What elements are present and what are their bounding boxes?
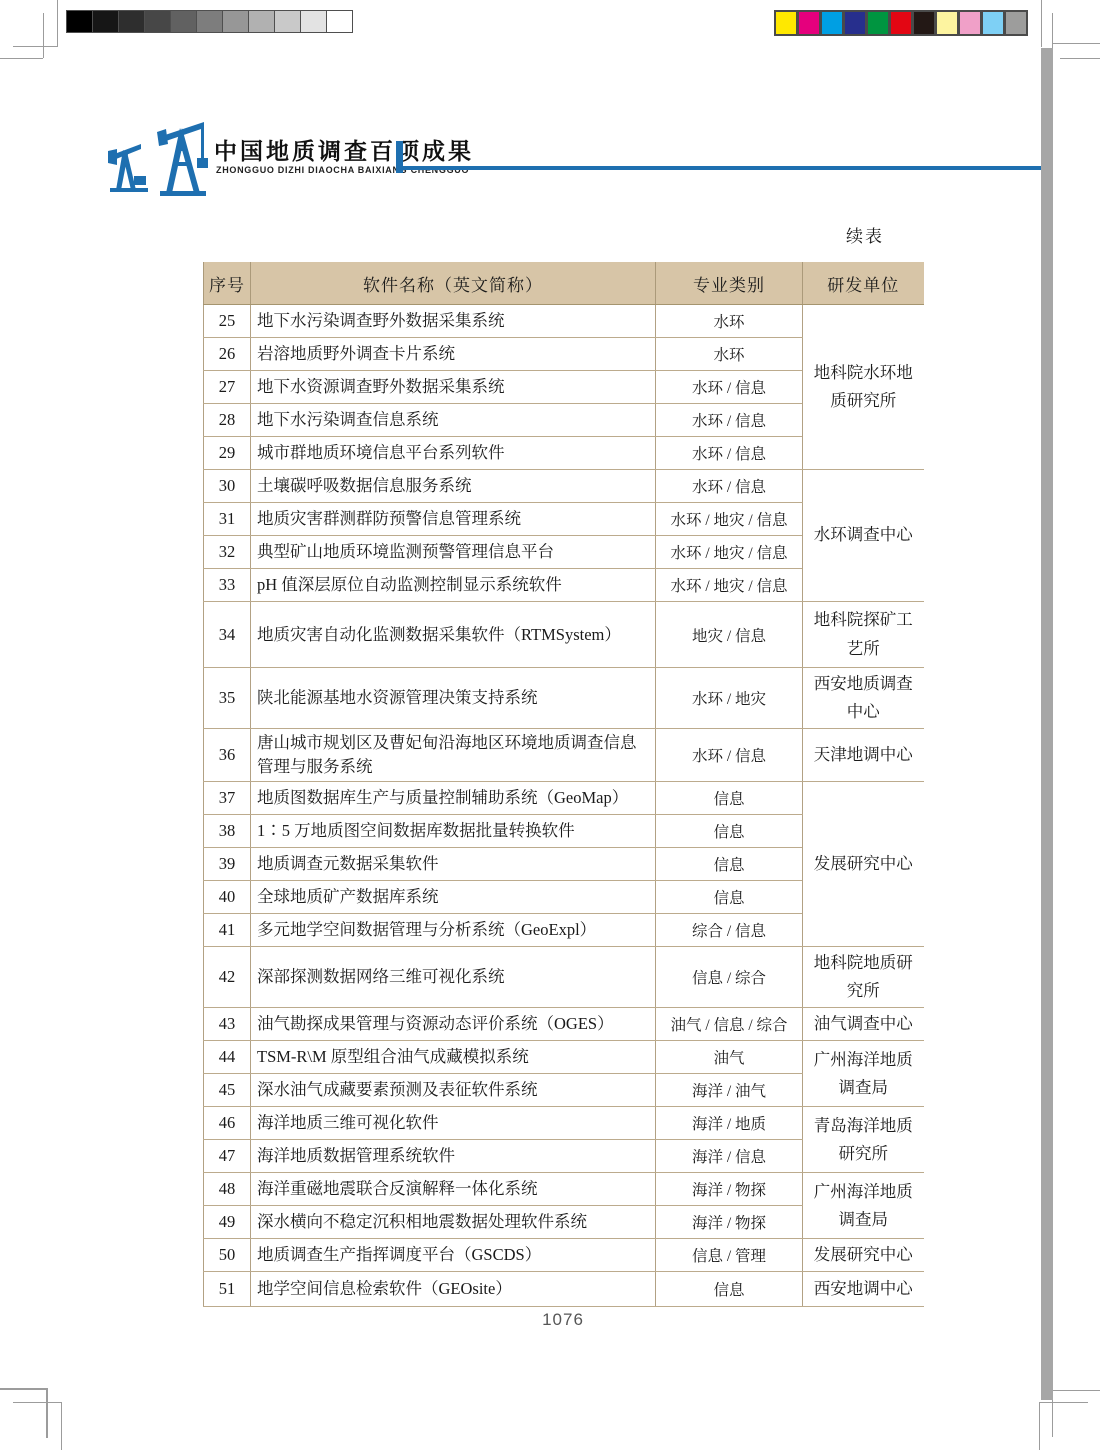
column-header-software-name: 软件名称（英文简称） <box>251 262 656 305</box>
book-title: 中国地质调查百项成果 <box>214 133 474 166</box>
unit-cell: 广州海洋地质调查局 <box>803 1173 924 1239</box>
unit-cell: 广州海洋地质调查局 <box>803 1041 924 1107</box>
crop-mark <box>0 58 43 59</box>
grayscale-calibration-bar <box>67 10 353 33</box>
crop-mark <box>13 46 57 47</box>
software-name-cell: 1∶5 万地质图空间数据库数据批量转换软件 <box>251 814 656 847</box>
row-number-cell: 28 <box>204 404 251 437</box>
continued-table-label: 续表 <box>846 222 884 247</box>
crop-mark <box>1041 0 1042 47</box>
grayscale-swatch <box>66 10 93 33</box>
grayscale-swatch <box>300 10 327 33</box>
software-table: 序号 软件名称（英文简称） 专业类别 研发单位 25地下水污染调查野外数据采集系… <box>203 262 924 1307</box>
category-cell: 信息 / 综合 <box>656 946 803 1007</box>
color-swatch <box>912 10 936 36</box>
grayscale-swatch <box>92 10 119 33</box>
software-name-cell: 地质调查生产指挥调度平台（GSCDS） <box>251 1239 656 1272</box>
row-number-cell: 51 <box>204 1272 251 1307</box>
row-number-cell: 37 <box>204 781 251 814</box>
crop-mark <box>1052 43 1100 44</box>
table-row: 42深部探测数据网络三维可视化系统信息 / 综合地科院地质研究所 <box>204 946 924 1007</box>
software-name-cell: 地质灾害群测群防预警信息管理系统 <box>251 503 656 536</box>
software-name-cell: 地质图数据库生产与质量控制辅助系统（GeoMap） <box>251 781 656 814</box>
unit-cell: 天津地调中心 <box>803 729 924 782</box>
unit-cell: 西安地调中心 <box>803 1272 924 1307</box>
software-name-cell: 土壤碳呼吸数据信息服务系统 <box>251 470 656 503</box>
software-name-cell: 地学空间信息检索软件（GEOsite） <box>251 1272 656 1307</box>
table-row: 46海洋地质三维可视化软件海洋 / 地质青岛海洋地质研究所 <box>204 1107 924 1140</box>
table-row: 30土壤碳呼吸数据信息服务系统水环 / 信息水环调查中心 <box>204 470 924 503</box>
category-cell: 水环 / 信息 <box>656 729 803 782</box>
gray-edge-strip <box>1041 48 1053 1400</box>
table-row: 37地质图数据库生产与质量控制辅助系统（GeoMap）信息发展研究中心 <box>204 781 924 814</box>
row-number-cell: 48 <box>204 1173 251 1206</box>
table-row: 43油气勘探成果管理与资源动态评价系统（OGES）油气 / 信息 / 综合油气调… <box>204 1008 924 1041</box>
category-cell: 水环 / 地灾 / 信息 <box>656 569 803 602</box>
crop-mark <box>13 1402 62 1403</box>
software-name-cell: 地下水资源调查野外数据采集系统 <box>251 371 656 404</box>
crop-mark <box>1052 1390 1100 1391</box>
row-number-cell: 27 <box>204 371 251 404</box>
unit-cell: 地科院地质研究所 <box>803 946 924 1007</box>
color-swatch <box>866 10 890 36</box>
grayscale-swatch <box>196 10 223 33</box>
table-header-row: 序号 软件名称（英文简称） 专业类别 研发单位 <box>204 262 924 305</box>
software-name-cell: 多元地学空间数据管理与分析系统（GeoExpl） <box>251 913 656 946</box>
row-number-cell: 44 <box>204 1041 251 1074</box>
color-swatch <box>889 10 913 36</box>
category-cell: 信息 <box>656 847 803 880</box>
crop-mark <box>0 1388 47 1390</box>
table-row: 44TSM-R\M 原型组合油气成藏模拟系统油气广州海洋地质调查局 <box>204 1041 924 1074</box>
category-cell: 水环 <box>656 305 803 338</box>
software-name-cell: 地质灾害自动化监测数据采集软件（RTMSystem） <box>251 602 656 668</box>
color-swatch <box>843 10 867 36</box>
grayscale-swatch <box>274 10 301 33</box>
category-cell: 综合 / 信息 <box>656 913 803 946</box>
unit-cell: 发展研究中心 <box>803 1239 924 1272</box>
row-number-cell: 40 <box>204 880 251 913</box>
software-name-cell: 深水横向不稳定沉积相地震数据处理软件系统 <box>251 1206 656 1239</box>
unit-cell: 水环调查中心 <box>803 470 924 602</box>
pumpjack-logo-icon <box>108 116 210 196</box>
table-row: 50地质调查生产指挥调度平台（GSCDS）信息 / 管理发展研究中心 <box>204 1239 924 1272</box>
category-cell: 地灾 / 信息 <box>656 602 803 668</box>
grayscale-swatch <box>248 10 275 33</box>
row-number-cell: 50 <box>204 1239 251 1272</box>
software-name-cell: pH 值深层原位自动监测控制显示系统软件 <box>251 569 656 602</box>
table-row: 51地学空间信息检索软件（GEOsite）信息西安地调中心 <box>204 1272 924 1307</box>
category-cell: 水环 / 地灾 <box>656 668 803 729</box>
category-cell: 水环 / 地灾 / 信息 <box>656 536 803 569</box>
category-cell: 水环 / 信息 <box>656 437 803 470</box>
crop-mark <box>1039 1402 1040 1450</box>
software-name-cell: 地下水污染调查野外数据采集系统 <box>251 305 656 338</box>
column-header-number: 序号 <box>204 262 251 305</box>
row-number-cell: 36 <box>204 729 251 782</box>
software-name-cell: 全球地质矿产数据库系统 <box>251 880 656 913</box>
software-name-cell: 地下水污染调查信息系统 <box>251 404 656 437</box>
category-cell: 信息 / 管理 <box>656 1239 803 1272</box>
category-cell: 水环 / 信息 <box>656 470 803 503</box>
color-calibration-bar <box>775 10 1028 36</box>
row-number-cell: 38 <box>204 814 251 847</box>
crop-mark <box>46 1388 48 1438</box>
grayscale-swatch <box>118 10 145 33</box>
color-swatch <box>935 10 959 36</box>
table-row: 36唐山城市规划区及曹妃甸沿海地区环境地质调查信息管理与服务系统水环 / 信息天… <box>204 729 924 782</box>
row-number-cell: 33 <box>204 569 251 602</box>
category-cell: 海洋 / 油气 <box>656 1074 803 1107</box>
column-header-unit: 研发单位 <box>803 262 924 305</box>
software-name-cell: TSM-R\M 原型组合油气成藏模拟系统 <box>251 1041 656 1074</box>
category-cell: 油气 / 信息 / 综合 <box>656 1008 803 1041</box>
category-cell: 信息 <box>656 1272 803 1307</box>
row-number-cell: 41 <box>204 913 251 946</box>
software-name-cell: 岩溶地质野外调查卡片系统 <box>251 338 656 371</box>
row-number-cell: 45 <box>204 1074 251 1107</box>
color-swatch <box>774 10 798 36</box>
table-row: 35陕北能源基地水资源管理决策支持系统水环 / 地灾西安地质调查中心 <box>204 668 924 729</box>
software-name-cell: 油气勘探成果管理与资源动态评价系统（OGES） <box>251 1008 656 1041</box>
unit-cell: 油气调查中心 <box>803 1008 924 1041</box>
unit-cell: 地科院探矿工艺所 <box>803 602 924 668</box>
category-cell: 信息 <box>656 880 803 913</box>
column-header-category: 专业类别 <box>656 262 803 305</box>
crop-mark <box>57 0 58 47</box>
software-name-cell: 深水油气成藏要素预测及表征软件系统 <box>251 1074 656 1107</box>
row-number-cell: 42 <box>204 946 251 1007</box>
software-name-cell: 陕北能源基地水资源管理决策支持系统 <box>251 668 656 729</box>
crop-mark <box>1060 58 1100 59</box>
row-number-cell: 29 <box>204 437 251 470</box>
unit-cell: 地科院水环地质研究所 <box>803 305 924 470</box>
page-number: 1076 <box>203 1310 923 1330</box>
category-cell: 水环 <box>656 338 803 371</box>
unit-cell: 青岛海洋地质研究所 <box>803 1107 924 1173</box>
table-row: 48海洋重磁地震联合反演解释一体化系统海洋 / 物探广州海洋地质调查局 <box>204 1173 924 1206</box>
crop-mark <box>43 13 44 58</box>
row-number-cell: 35 <box>204 668 251 729</box>
row-number-cell: 30 <box>204 470 251 503</box>
software-name-cell: 海洋地质数据管理系统软件 <box>251 1140 656 1173</box>
software-name-cell: 海洋地质三维可视化软件 <box>251 1107 656 1140</box>
unit-cell: 发展研究中心 <box>803 781 924 946</box>
category-cell: 水环 / 地灾 / 信息 <box>656 503 803 536</box>
unit-cell: 西安地质调查中心 <box>803 668 924 729</box>
category-cell: 信息 <box>656 814 803 847</box>
title-accent-bar <box>396 141 403 173</box>
software-name-cell: 唐山城市规划区及曹妃甸沿海地区环境地质调查信息管理与服务系统 <box>251 729 656 782</box>
row-number-cell: 26 <box>204 338 251 371</box>
color-swatch <box>820 10 844 36</box>
software-name-cell: 城市群地质环境信息平台系列软件 <box>251 437 656 470</box>
row-number-cell: 31 <box>204 503 251 536</box>
software-name-cell: 地质调查元数据采集软件 <box>251 847 656 880</box>
row-number-cell: 25 <box>204 305 251 338</box>
category-cell: 海洋 / 信息 <box>656 1140 803 1173</box>
row-number-cell: 34 <box>204 602 251 668</box>
software-name-cell: 典型矿山地质环境监测预警管理信息平台 <box>251 536 656 569</box>
crop-mark <box>1039 1402 1088 1403</box>
category-cell: 海洋 / 地质 <box>656 1107 803 1140</box>
grayscale-swatch <box>326 10 353 33</box>
category-cell: 海洋 / 物探 <box>656 1206 803 1239</box>
category-cell: 水环 / 信息 <box>656 404 803 437</box>
color-swatch <box>981 10 1005 36</box>
grayscale-swatch <box>222 10 249 33</box>
row-number-cell: 46 <box>204 1107 251 1140</box>
category-cell: 油气 <box>656 1041 803 1074</box>
table-row: 34地质灾害自动化监测数据采集软件（RTMSystem）地灾 / 信息地科院探矿… <box>204 602 924 668</box>
category-cell: 水环 / 信息 <box>656 371 803 404</box>
grayscale-swatch <box>170 10 197 33</box>
grayscale-swatch <box>144 10 171 33</box>
table-row: 25地下水污染调查野外数据采集系统水环地科院水环地质研究所 <box>204 305 924 338</box>
category-cell: 信息 <box>656 781 803 814</box>
row-number-cell: 32 <box>204 536 251 569</box>
table-body: 25地下水污染调查野外数据采集系统水环地科院水环地质研究所26岩溶地质野外调查卡… <box>204 305 924 1307</box>
row-number-cell: 43 <box>204 1008 251 1041</box>
color-swatch <box>797 10 821 36</box>
color-swatch <box>958 10 982 36</box>
software-name-cell: 深部探测数据网络三维可视化系统 <box>251 946 656 1007</box>
header-rule-line <box>403 166 1041 170</box>
category-cell: 海洋 / 物探 <box>656 1173 803 1206</box>
software-name-cell: 海洋重磁地震联合反演解释一体化系统 <box>251 1173 656 1206</box>
crop-mark <box>61 1402 62 1450</box>
row-number-cell: 47 <box>204 1140 251 1173</box>
row-number-cell: 49 <box>204 1206 251 1239</box>
row-number-cell: 39 <box>204 847 251 880</box>
color-swatch <box>1004 10 1028 36</box>
book-page: 中国地质调查百项成果 ZHONGGUO DIZHI DIAOCHA BAIXIA… <box>0 0 1100 1450</box>
